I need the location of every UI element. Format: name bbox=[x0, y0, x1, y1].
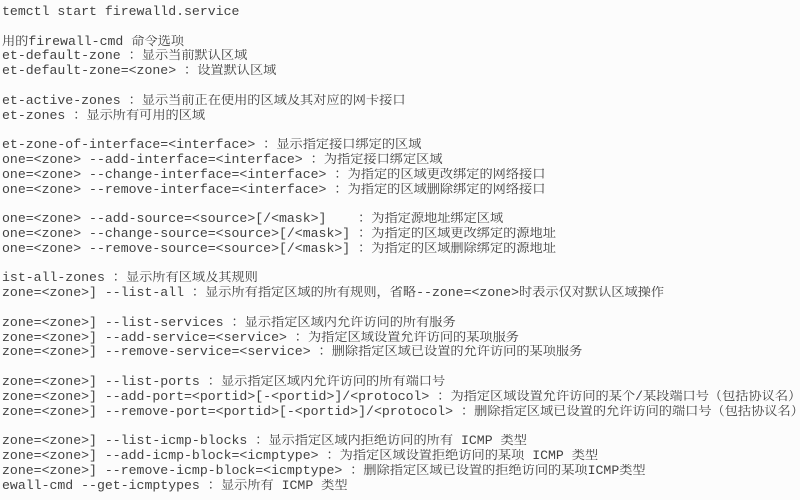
text-line: zone=<zone>] --add-port=<portid>[-<porti… bbox=[2, 390, 800, 405]
text-line: 用的firewall-cmd 命令选项 bbox=[2, 35, 800, 50]
text-line: et-zones ：显示所有可用的区域 bbox=[2, 109, 800, 124]
text-line: zone=<zone>] --remove-service=<service> … bbox=[2, 345, 800, 360]
text-line: ewall-cmd --get-icmptypes ：显示所有 ICMP 类型 bbox=[2, 479, 800, 494]
text-line bbox=[2, 123, 800, 138]
text-line bbox=[2, 419, 800, 434]
text-line: ist-all-zones ：显示所有区域及其规则 bbox=[2, 271, 800, 286]
text-line: zone=<zone>] --list-services ：显示指定区域内允许访… bbox=[2, 316, 800, 331]
text-line: et-zone-of-interface=<interface> ：显示指定接口… bbox=[2, 138, 800, 153]
text-line: et-default-zone=<zone> ：设置默认区域 bbox=[2, 64, 800, 79]
text-line: zone=<zone>] --list-all ：显示所有指定区域的所有规则，省… bbox=[2, 286, 800, 301]
text-line bbox=[2, 79, 800, 94]
text-line: one=<zone> --remove-source=<source>[/<ma… bbox=[2, 242, 800, 257]
text-line: zone=<zone>] --list-ports ：显示指定区域内允许访问的所… bbox=[2, 375, 800, 390]
text-line: temctl start firewalld.service bbox=[2, 5, 800, 20]
text-line: one=<zone> --remove-interface=<interface… bbox=[2, 183, 800, 198]
text-line: zone=<zone>] --remove-icmp-block=<icmpty… bbox=[2, 464, 800, 479]
text-line: zone=<zone>] --list-icmp-blocks ：显示指定区域内… bbox=[2, 434, 800, 449]
text-line: zone=<zone>] --remove-port=<portid>[-<po… bbox=[2, 405, 800, 420]
text-line bbox=[2, 301, 800, 316]
text-line: one=<zone> --change-interface=<interface… bbox=[2, 168, 800, 183]
document-text: temctl start firewalld.service用的firewall… bbox=[2, 5, 800, 493]
text-line: one=<zone> --add-interface=<interface> ：… bbox=[2, 153, 800, 168]
text-line bbox=[2, 197, 800, 212]
text-line bbox=[2, 20, 800, 35]
text-line: et-active-zones ：显示当前正在使用的区域及其对应的网卡接口 bbox=[2, 94, 800, 109]
text-line bbox=[2, 360, 800, 375]
page: { "page": { "background_color": "#fcfcfc… bbox=[0, 0, 800, 500]
text-line: zone=<zone>] --add-icmp-block=<icmptype>… bbox=[2, 449, 800, 464]
text-line: one=<zone> --change-source=<source>[/<ma… bbox=[2, 227, 800, 242]
text-line: one=<zone> --add-source=<source>[/<mask>… bbox=[2, 212, 800, 227]
text-line bbox=[2, 257, 800, 272]
text-line: et-default-zone ：显示当前默认区域 bbox=[2, 49, 800, 64]
text-line: zone=<zone>] --add-service=<service> ：为指… bbox=[2, 331, 800, 346]
